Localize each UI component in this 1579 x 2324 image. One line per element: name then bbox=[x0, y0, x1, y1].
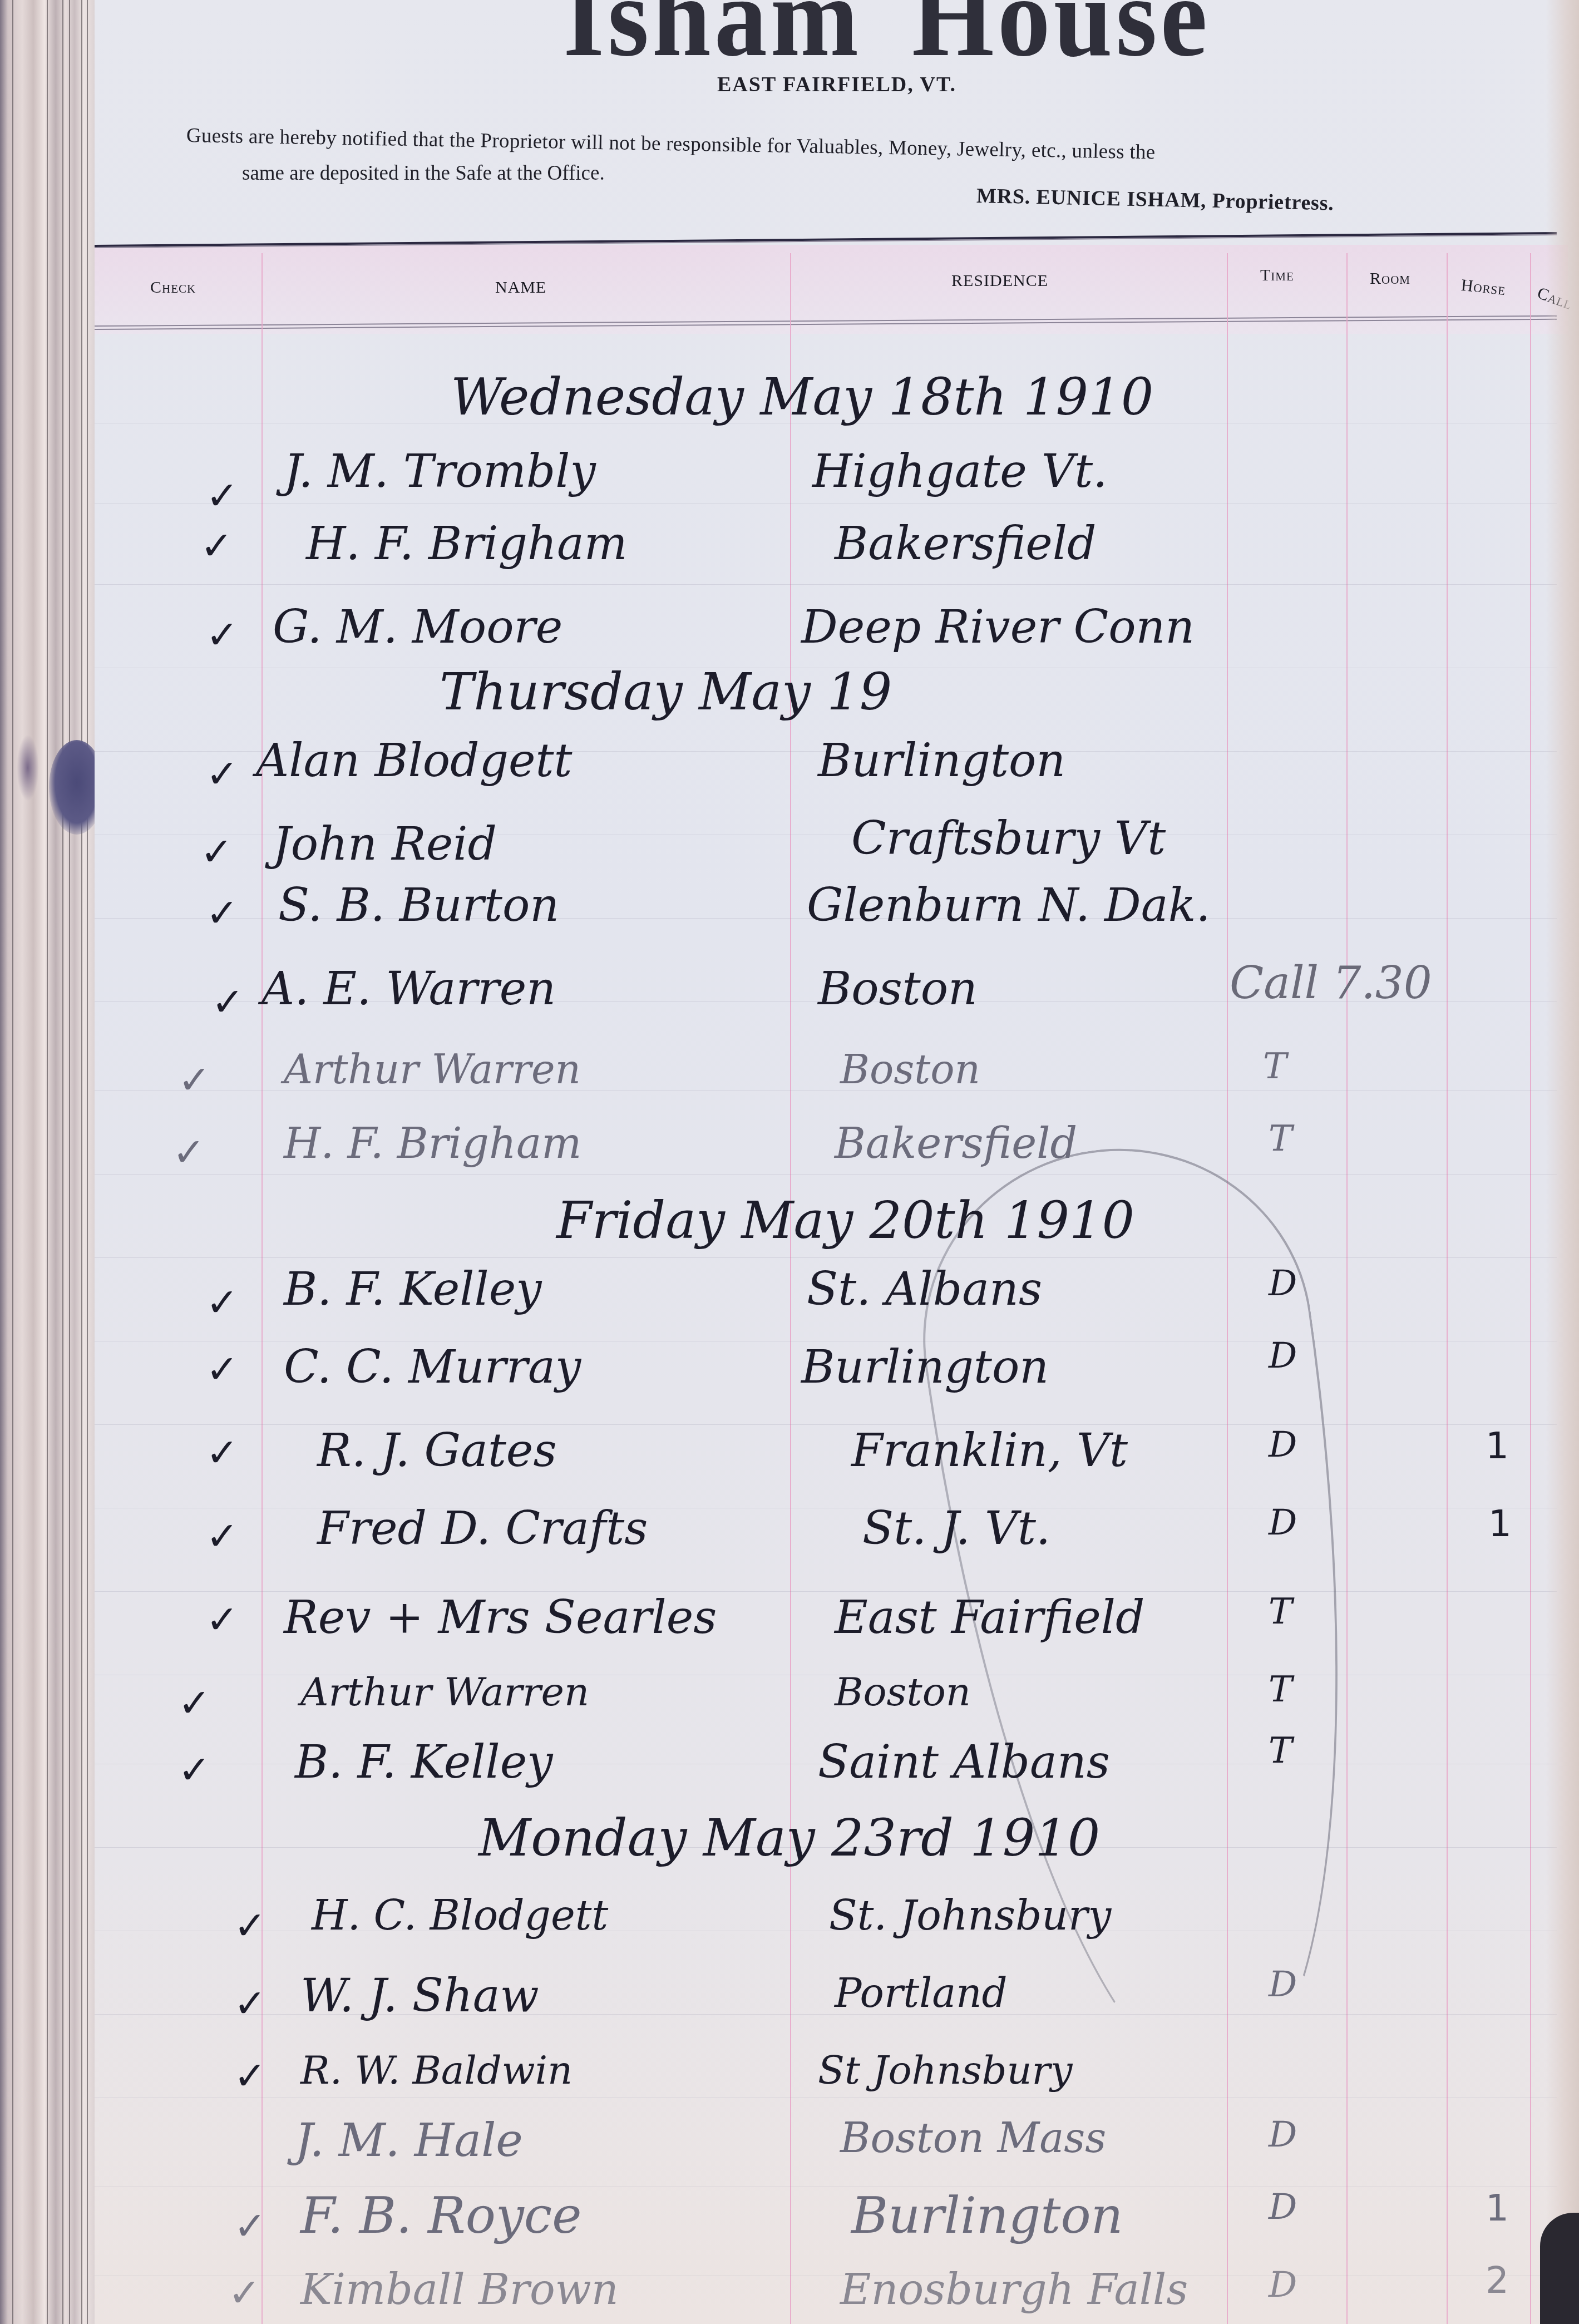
guest-name: C. C. Murray bbox=[284, 1341, 581, 1394]
guest-residence: St. Albans bbox=[807, 1263, 1042, 1316]
guest-name: R. W. Baldwin bbox=[300, 2047, 573, 2093]
time-mark: T bbox=[1269, 1730, 1292, 1772]
guest-name: J. M. Hale bbox=[295, 2114, 523, 2167]
guest-residence: Craftsbury Vt bbox=[851, 812, 1166, 865]
guest-name: B. F. Kelley bbox=[284, 1263, 542, 1316]
guest-residence: Burlington bbox=[851, 2187, 1123, 2245]
horse-count: 1 bbox=[1486, 2187, 1509, 2229]
check-mark: ✓ bbox=[211, 979, 244, 1025]
hotel-location: EAST FAIRFIELD, VT. bbox=[95, 72, 1579, 97]
proprietress: MRS. EUNICE ISHAM, Proprietress. bbox=[976, 184, 1335, 215]
guest-name: R. J. Gates bbox=[317, 1424, 556, 1477]
hotel-title: IshamHouse bbox=[95, 0, 1579, 83]
guest-residence: Bakersfield bbox=[835, 517, 1097, 570]
check-mark: ✓ bbox=[206, 473, 239, 519]
check-mark: ✓ bbox=[200, 523, 233, 569]
ink-stain bbox=[17, 734, 39, 801]
guest-name: W. J. Shaw bbox=[300, 1970, 539, 2022]
column-rule bbox=[1447, 253, 1448, 2324]
guest-name: G. M. Moore bbox=[273, 601, 562, 654]
guest-residence: Burlington bbox=[801, 1341, 1049, 1394]
guest-residence: Franklin, Vt bbox=[851, 1424, 1128, 1477]
column-rule bbox=[790, 253, 791, 2324]
check-mark: ✓ bbox=[206, 751, 239, 797]
liability-notice-cont: same are deposited in the Safe at the Of… bbox=[242, 161, 605, 185]
col-check: Check bbox=[150, 278, 196, 297]
guest-residence: Boston bbox=[840, 1046, 980, 1093]
time-mark: D bbox=[1269, 1335, 1297, 1376]
guest-name: H. F. Brigham bbox=[306, 517, 628, 570]
guest-residence: Highgate Vt. bbox=[812, 445, 1107, 498]
guest-residence: Bakersfield bbox=[835, 1118, 1077, 1168]
check-mark: ✓ bbox=[206, 890, 239, 936]
horse-count: 2 bbox=[1486, 2259, 1509, 2302]
check-mark: ✓ bbox=[234, 2203, 267, 2249]
guest-residence: St. J. Vt. bbox=[862, 1502, 1050, 1555]
column-rule bbox=[1346, 253, 1348, 2324]
time-mark: D bbox=[1269, 2187, 1297, 2228]
check-mark: ✓ bbox=[228, 2270, 261, 2316]
book-binding bbox=[0, 0, 95, 2324]
guest-residence: Enosburgh Falls bbox=[840, 2264, 1188, 2314]
time-mark: D bbox=[1269, 2114, 1297, 2155]
column-rule bbox=[1530, 253, 1531, 2324]
col-time: Time bbox=[1260, 266, 1294, 285]
guest-name: S. B. Burton bbox=[278, 879, 559, 932]
register-page: IshamHouse EAST FAIRFIELD, VT. Guests ar… bbox=[95, 0, 1579, 2324]
guest-residence: East Fairfield bbox=[835, 1591, 1144, 1644]
time-mark: T bbox=[1269, 1669, 1292, 1710]
guest-residence: Saint Albans bbox=[818, 1736, 1110, 1789]
guest-residence: Glenburn N. Dak. bbox=[807, 879, 1210, 932]
date-heading: Friday May 20th 1910 bbox=[556, 1191, 1134, 1250]
date-heading: Monday May 23rd 1910 bbox=[478, 1808, 1100, 1868]
time-mark: D bbox=[1269, 1424, 1297, 1466]
guest-name: B. F. Kelley bbox=[295, 1736, 553, 1789]
check-mark: ✓ bbox=[172, 1129, 205, 1175]
guest-name: Fred D. Crafts bbox=[317, 1502, 648, 1555]
check-mark: ✓ bbox=[234, 1903, 267, 1948]
guest-residence: St. Johnsbury bbox=[829, 1892, 1111, 1940]
time-mark: T bbox=[1263, 1046, 1287, 1087]
check-mark: ✓ bbox=[200, 829, 233, 875]
col-name: NAME bbox=[495, 278, 546, 297]
check-mark: ✓ bbox=[206, 1597, 239, 1642]
time-mark: T bbox=[1269, 1591, 1292, 1632]
book-cover-corner bbox=[1540, 2213, 1579, 2324]
time-mark: D bbox=[1269, 1964, 1297, 2005]
guest-residence: Deep River Conn bbox=[801, 601, 1195, 654]
col-residence: RESIDENCE bbox=[951, 272, 1048, 290]
guest-name: John Reid bbox=[273, 818, 497, 871]
guest-name: A. E. Warren bbox=[261, 963, 556, 1015]
guest-residence: Boston bbox=[835, 1669, 971, 1715]
date-heading: Thursday May 19 bbox=[440, 662, 892, 722]
check-mark: ✓ bbox=[206, 1346, 239, 1392]
date-heading: Wednesday May 18th 1910 bbox=[451, 367, 1153, 427]
col-room: Room bbox=[1370, 269, 1410, 288]
call-note: Call 7.30 bbox=[1230, 957, 1432, 1009]
check-mark: ✓ bbox=[206, 1513, 239, 1559]
guest-name: Rev + Mrs Searles bbox=[284, 1591, 717, 1644]
guest-name: Kimball Brown bbox=[300, 2264, 619, 2314]
check-mark: ✓ bbox=[206, 1430, 239, 1476]
check-mark: ✓ bbox=[178, 1747, 211, 1793]
horse-count: 1 bbox=[1488, 1502, 1512, 1545]
horse-count: 1 bbox=[1486, 1424, 1509, 1467]
guest-residence: Portland bbox=[835, 1970, 1008, 2016]
check-mark: ✓ bbox=[206, 1280, 239, 1325]
guest-residence: Burlington bbox=[818, 734, 1065, 787]
guest-residence: Boston bbox=[818, 963, 978, 1015]
guest-name: J. M. Trombly bbox=[284, 445, 596, 498]
time-mark: D bbox=[1269, 2264, 1297, 2306]
time-mark: D bbox=[1269, 1263, 1297, 1304]
page-edge bbox=[1546, 0, 1579, 2324]
guest-name: Arthur Warren bbox=[284, 1046, 581, 1093]
guest-residence: St Johnsbury bbox=[818, 2047, 1073, 2093]
time-mark: D bbox=[1269, 1502, 1297, 1543]
guest-name: H. C. Blodgett bbox=[312, 1892, 608, 1940]
check-mark: ✓ bbox=[234, 1981, 267, 2026]
guest-name: Alan Blodgett bbox=[256, 734, 572, 787]
check-mark: ✓ bbox=[234, 2053, 267, 2099]
guest-residence: Boston Mass bbox=[840, 2114, 1106, 2162]
guest-name: H. F. Brigham bbox=[284, 1118, 581, 1168]
check-mark: ✓ bbox=[206, 612, 239, 658]
guest-name: F. B. Royce bbox=[300, 2187, 581, 2245]
check-mark: ✓ bbox=[178, 1057, 211, 1103]
guest-name: Arthur Warren bbox=[300, 1669, 589, 1715]
time-mark: T bbox=[1269, 1118, 1292, 1159]
check-mark: ✓ bbox=[178, 1680, 211, 1726]
